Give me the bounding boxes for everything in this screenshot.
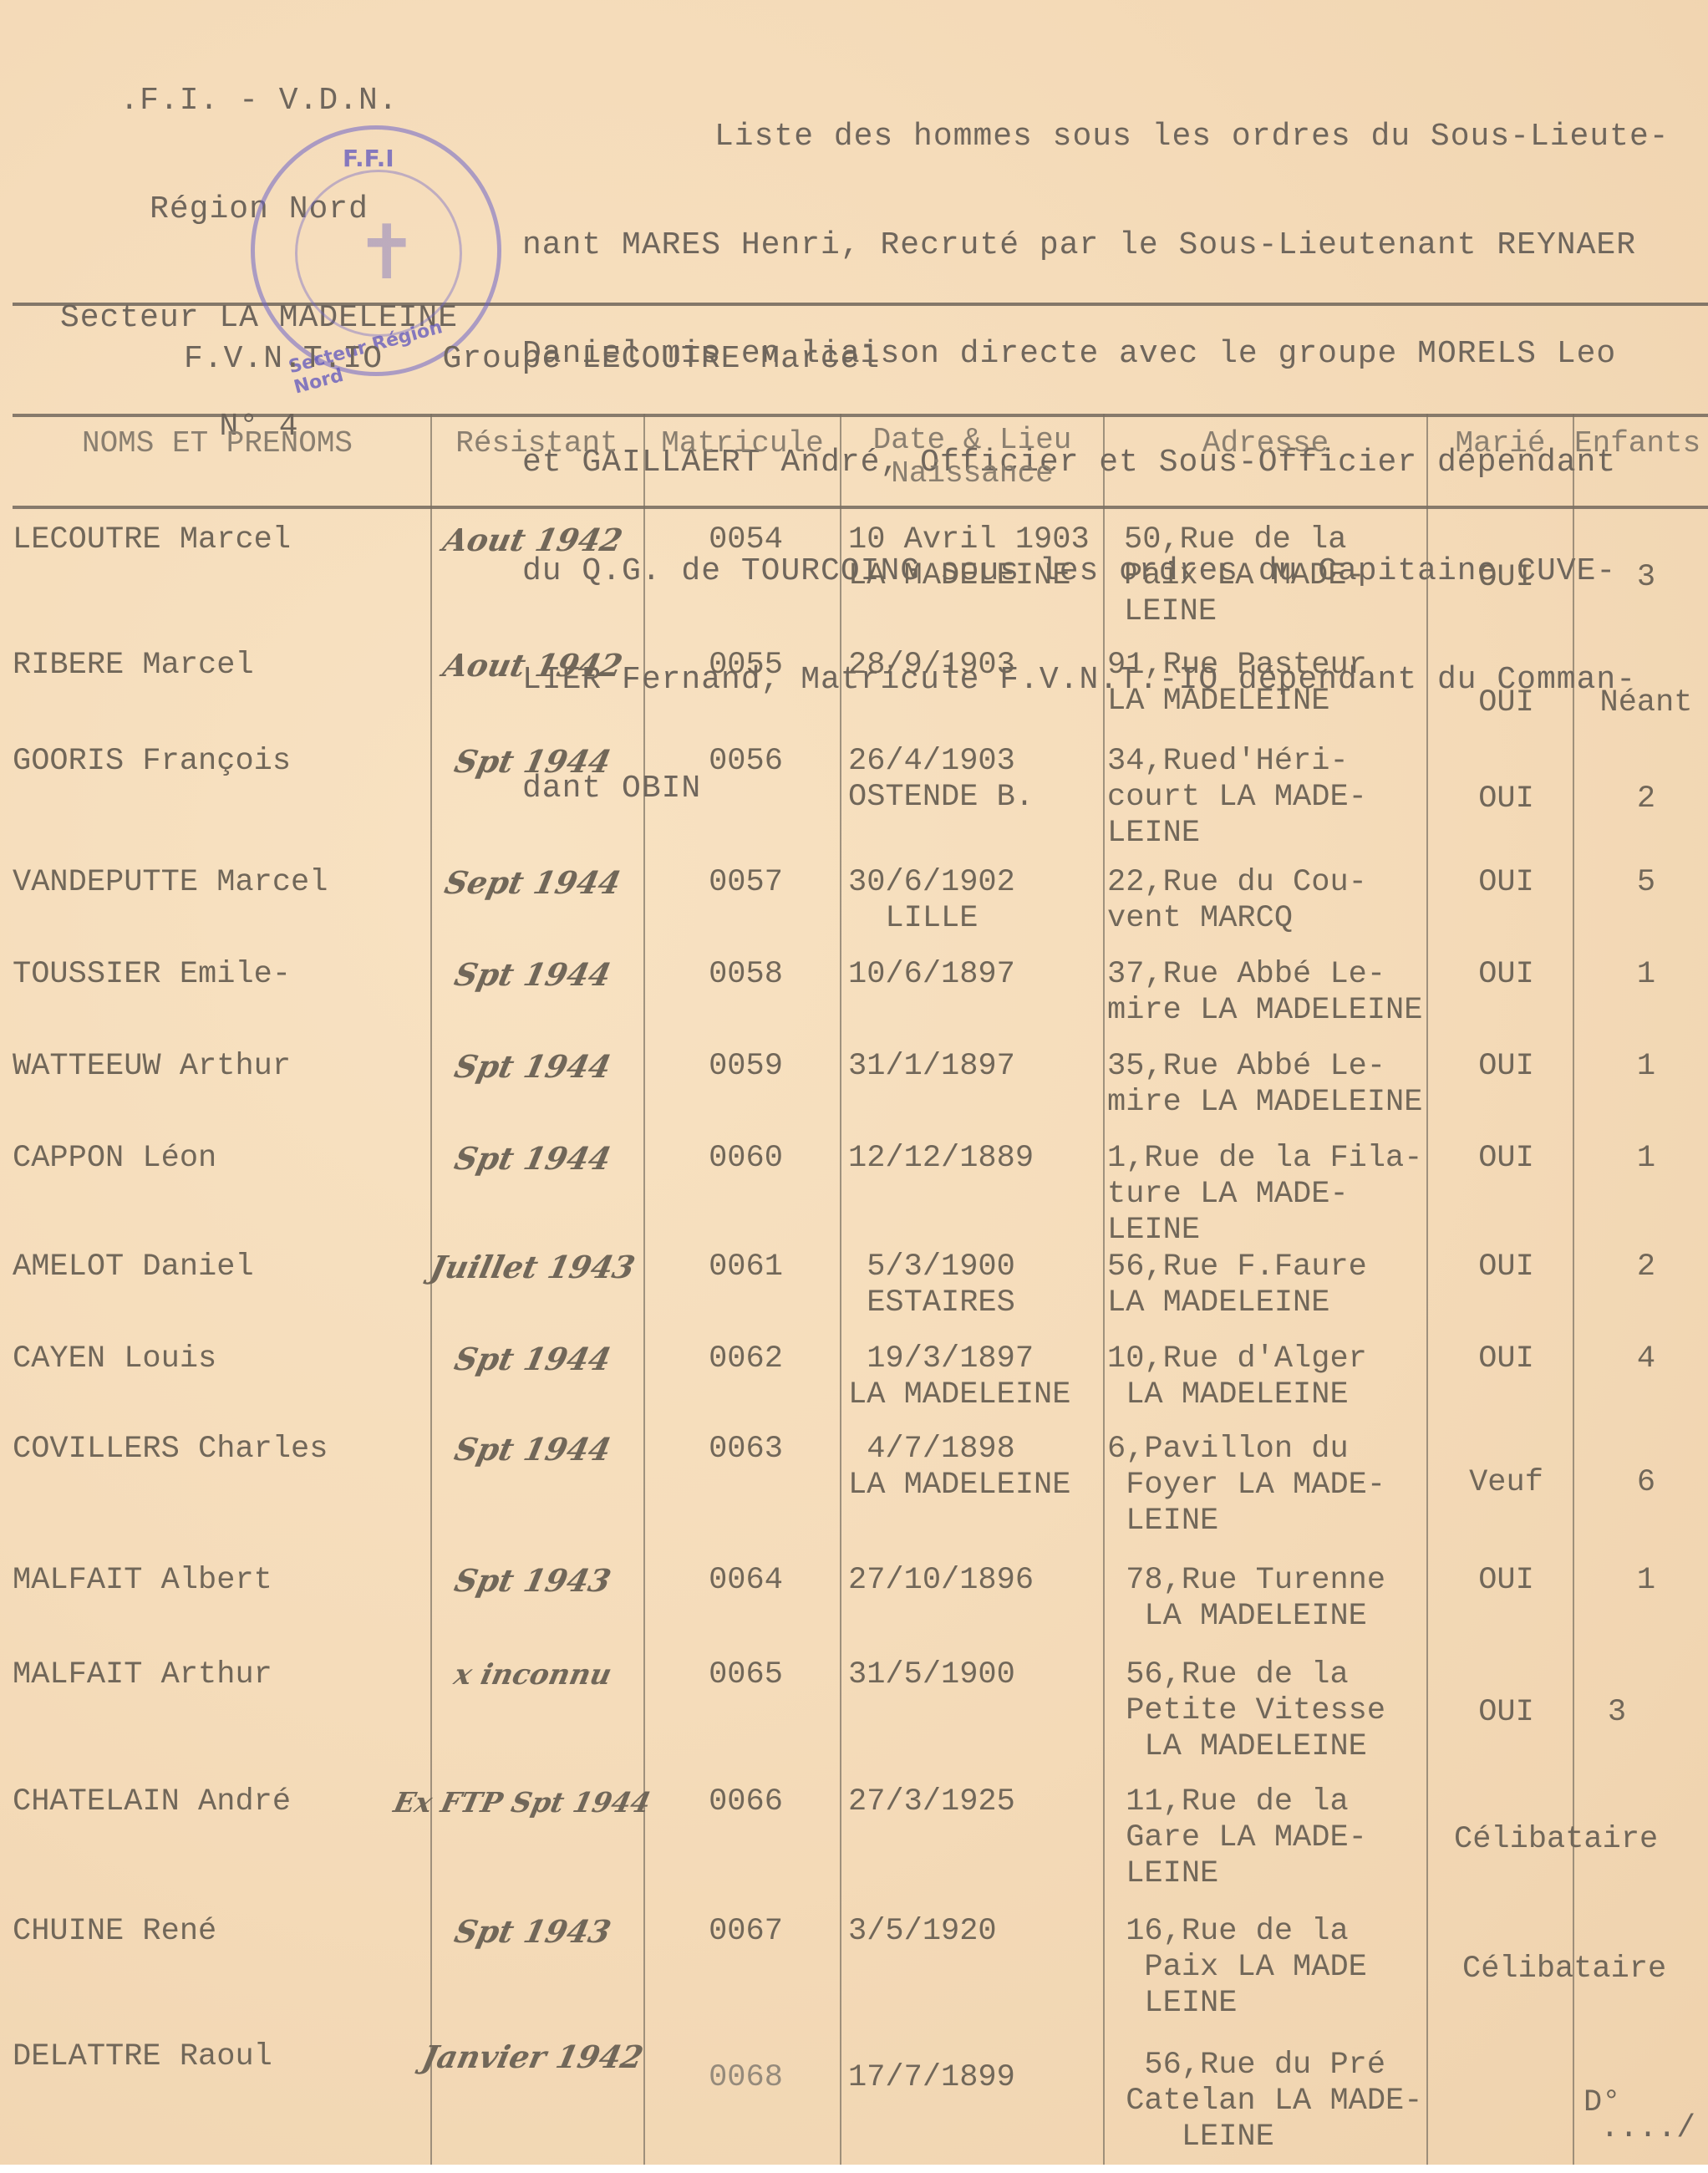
cell-birth: 5/3/1900 ESTAIRES (848, 1249, 1107, 1321)
cell-matricule: 0062 (656, 1341, 836, 1377)
cell-children: 3 (1550, 1695, 1684, 1731)
cell-name: MALFAIT Albert (13, 1563, 272, 1599)
cell-matricule: 0054 (656, 522, 836, 558)
cell-resistant: x inconnu (418, 1657, 647, 1693)
col-header-resistant: Résistant (430, 427, 643, 461)
cell-resistant: Spt 1943 (418, 1914, 647, 1950)
cell-children: 2 (1579, 1249, 1708, 1285)
cell-resistant: Spt 1944 (418, 957, 647, 993)
cell-matricule: 0060 (656, 1141, 836, 1177)
cell-matricule: 0067 (656, 1914, 836, 1950)
cell-resistant: Spt 1944 (418, 1432, 647, 1468)
cell-married: OUI (1433, 560, 1579, 596)
cell-birth: 28/9/1903 (848, 648, 1107, 684)
cell-birth: 31/1/1897 (848, 1049, 1107, 1085)
cell-children: 1 (1579, 1049, 1708, 1085)
col-header-married: Marié (1428, 427, 1573, 461)
cell-address: 56,Rue du Pré Catelan LA MADE- LEINE (1107, 2048, 1441, 2155)
cell-name: CHUINE René (13, 1914, 216, 1950)
cell-birth: 12/12/1889 (848, 1141, 1107, 1177)
cell-birth: 10 Avril 1903 LA MADELEINE (848, 522, 1107, 594)
col-header-matricule: Matricule (645, 427, 840, 461)
cell-address: 35,Rue Abbé Le- mire LA MADELEINE (1107, 1049, 1441, 1121)
cell-matricule: 0066 (656, 1784, 836, 1820)
cell-matricule: 0058 (656, 957, 836, 993)
cell-resistant: Sept 1944 (418, 865, 647, 901)
cell-children: 1 (1579, 1563, 1708, 1599)
cell-name: VANDEPUTTE Marcel (13, 865, 328, 901)
cell-matricule: 0065 (656, 1657, 836, 1693)
cell-matricule: 0055 (656, 648, 836, 684)
cell-resistant: Aout 1942 (418, 648, 647, 684)
cell-resistant: Spt 1944 (418, 744, 647, 780)
cell-matricule: 0064 (656, 1563, 836, 1599)
cell-address: 1,Rue de la Fila- ture LA MADE- LEINE (1107, 1141, 1441, 1249)
cell-children: 3 (1579, 560, 1708, 596)
cell-resistant: Ex FTP Spt 1944 (384, 1784, 659, 1820)
cell-birth: 10/6/1897 (848, 957, 1107, 993)
cell-children: 6 (1579, 1465, 1708, 1501)
cell-married: OUI (1433, 685, 1579, 721)
cell-name: WATTEEUW Arthur (13, 1049, 291, 1085)
ffi-stamp: F.F.I Secteur Région Nord ✝ (251, 125, 501, 376)
col-divider (643, 414, 645, 2173)
col-header-birth: Date & Lieu Naissance (841, 424, 1103, 491)
table-header-rule (13, 506, 1708, 509)
cell-name: MALFAIT Arthur (13, 1657, 272, 1693)
cell-birth: 30/6/1902 LILLE (848, 865, 1107, 937)
col-divider (1573, 414, 1574, 2173)
lorraine-cross-icon: ✝ (355, 209, 418, 297)
col-header-address: Adresse (1105, 427, 1426, 461)
cell-resistant: Janvier 1942 (418, 2039, 647, 2075)
cell-resistant: Aout 1942 (418, 522, 647, 558)
cell-birth: 4/7/1898 LA MADELEINE (848, 1432, 1107, 1504)
cell-married: OUI (1433, 865, 1579, 901)
cell-married: OUI (1433, 781, 1579, 817)
cell-married: OUI (1433, 1049, 1579, 1085)
cell-matricule: 0059 (656, 1049, 836, 1085)
cell-name: GOORIS François (13, 744, 291, 780)
col-header-names: NOMS ET PRENOMS (21, 427, 414, 461)
table-top-rule (13, 414, 1708, 417)
cell-children: 2 (1579, 781, 1708, 817)
intro-line: nant MARES Henri, Recruté par le Sous-Li… (522, 228, 1708, 263)
cell-address: 50,Rue de la Paix LA MADE- LEINE (1107, 522, 1458, 630)
cell-resistant: Spt 1943 (418, 1563, 647, 1599)
cell-birth: 19/3/1897 LA MADELEINE (848, 1341, 1107, 1413)
cell-married: Célibataire (1462, 1952, 1666, 1987)
cell-address: 10,Rue d'Alger LA MADELEINE (1107, 1341, 1441, 1413)
cell-birth: 26/4/1903 OSTENDE B. (848, 744, 1107, 816)
cell-name: COVILLERS Charles (13, 1432, 328, 1468)
cell-name: TOUSSIER Emile- (13, 957, 291, 993)
group-title: F.V.N.T.IO Groupe LECOUTRE Marcel (184, 341, 880, 378)
cell-children: 1 (1579, 1141, 1708, 1177)
cell-address: 37,Rue Abbé Le- mire LA MADELEINE (1107, 957, 1441, 1029)
cell-birth: 27/10/1896 (848, 1563, 1107, 1599)
cell-name: RIBERE Marcel (13, 648, 254, 684)
intro-line: Liste des hommes sous les ordres du Sous… (522, 120, 1708, 155)
cell-address: 22,Rue du Cou- vent MARCQ (1107, 865, 1441, 937)
cell-address: 16,Rue de la Paix LA MADE LEINE (1107, 1914, 1441, 2022)
col-divider (840, 414, 841, 2173)
cell-address: 34,Rued'Héri- court LA MADE- LEINE (1107, 744, 1441, 852)
cell-children: Néant (1579, 685, 1708, 721)
personnel-table: NOMS ET PRENOMS Résistant Matricule Date… (13, 414, 1708, 2173)
cell-children: 1 (1579, 957, 1708, 993)
cell-matricule: 0061 (656, 1249, 836, 1285)
cell-children: 4 (1579, 1341, 1708, 1377)
cell-resistant: Spt 1944 (418, 1049, 647, 1085)
cell-married: Célibataire (1454, 1822, 1658, 1858)
cell-married: OUI (1433, 1141, 1579, 1177)
cell-name: CAPPON Léon (13, 1141, 216, 1177)
cell-name: DELATTRE Raoul (13, 2039, 272, 2075)
cell-matricule: 0056 (656, 744, 836, 780)
cell-children: 5 (1579, 865, 1708, 901)
cell-name: LECOUTRE Marcel (13, 522, 291, 558)
org-title: .F.I. - V.D.N. (42, 84, 476, 119)
cell-address: 56,Rue F.Faure LA MADELEINE (1107, 1249, 1441, 1321)
cell-married: Veuf (1433, 1465, 1579, 1501)
cell-birth: 31/5/1900 (848, 1657, 1107, 1693)
cell-birth: 17/7/1899 (848, 2060, 1107, 2096)
continuation-mark: ..../ (1600, 2110, 1695, 2146)
cell-married: OUI (1433, 1341, 1579, 1377)
cell-name: AMELOT Daniel (13, 1249, 254, 1285)
cell-name: CHATELAIN André (13, 1784, 291, 1820)
cell-address: 78,Rue Turenne LA MADELEINE (1107, 1563, 1441, 1635)
cell-married: OUI (1433, 1563, 1579, 1599)
cell-address: 6,Pavillon du Foyer LA MADE- LEINE (1107, 1432, 1441, 1539)
cell-married: OUI (1433, 957, 1579, 993)
cell-address: 56,Rue de la Petite Vitesse LA MADELEINE (1107, 1657, 1441, 1765)
cell-matricule: 0068 (656, 2060, 836, 2096)
cell-birth: 3/5/1920 (848, 1914, 1107, 1950)
cell-resistant: Spt 1944 (418, 1341, 647, 1377)
page-bottom-edge (0, 2165, 1708, 2173)
cell-address: 11,Rue de la Gare LA MADE- LEINE (1107, 1784, 1441, 1892)
cell-address: 91,Rue Pasteur LA MADELEINE (1107, 648, 1441, 720)
cell-matricule: 0057 (656, 865, 836, 901)
cell-birth: 27/3/1925 (848, 1784, 1107, 1820)
cell-name: CAYEN Louis (13, 1341, 216, 1377)
cell-resistant: Juillet 1943 (418, 1249, 647, 1285)
cell-resistant: Spt 1944 (418, 1141, 647, 1177)
cell-married: OUI (1433, 1249, 1579, 1285)
col-header-children: Enfants (1574, 427, 1708, 461)
stamp-top-text: F.F.I (343, 145, 394, 172)
cell-matricule: 0063 (656, 1432, 836, 1468)
